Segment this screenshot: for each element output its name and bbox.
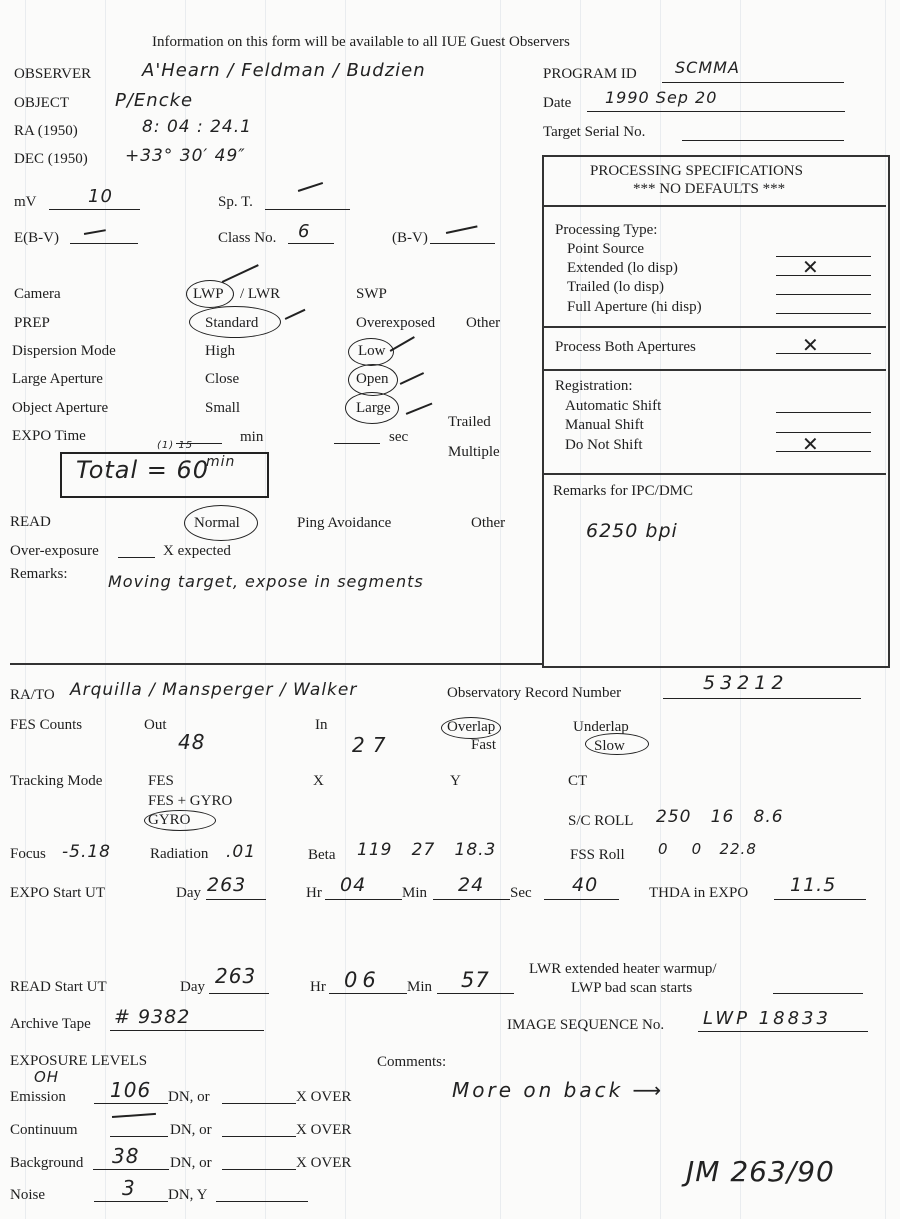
processing-type-label: Processing Type: — [555, 221, 657, 239]
emission-dn-value[interactable]: 106 — [110, 1078, 151, 1102]
date-underline — [587, 111, 845, 112]
sec-label: sec — [389, 428, 408, 446]
observer-value[interactable]: A'Hearn / Feldman / Budzien — [142, 60, 426, 81]
continuum-over-field[interactable] — [222, 1136, 296, 1137]
registration-do-not-shift: Do Not Shift — [565, 436, 643, 454]
program-id-value[interactable]: SCMMA — [675, 58, 740, 77]
dispersion-selected-circle — [348, 338, 394, 366]
bv-label: (B-V) — [392, 229, 428, 247]
comments-value[interactable]: More on back ⟶ — [452, 1078, 664, 1102]
program-id-underline — [662, 82, 844, 83]
total-time-unit: min — [206, 454, 235, 470]
registration-automatic: Automatic Shift — [565, 397, 661, 415]
read-min-value[interactable]: 57 — [461, 968, 490, 992]
bv-underline — [430, 243, 495, 244]
remarks-ipc-value[interactable]: 6250 bpi — [586, 520, 678, 542]
slow-selected-circle — [585, 733, 649, 755]
large-aperture-label: Large Aperture — [12, 370, 103, 388]
point-source-checkbox[interactable] — [776, 256, 871, 257]
tracking-selected-circle — [144, 810, 216, 831]
thda-label: THDA in EXPO — [649, 884, 748, 902]
expo-hr-value[interactable]: 04 — [340, 874, 366, 896]
extended-check-mark: ✕ — [802, 257, 819, 277]
total-annotation: (1) 15 — [157, 440, 193, 451]
read-hr-label: Hr — [310, 978, 326, 996]
ct-label: CT — [568, 772, 587, 790]
mv-underline — [49, 209, 140, 210]
trailed-label: Trailed — [448, 413, 491, 431]
expo-sec-field[interactable] — [334, 443, 380, 444]
tracking-option-fes[interactable]: FES — [148, 772, 174, 790]
paper-gridline — [345, 0, 346, 1219]
fes-in-value[interactable]: 27 — [352, 733, 393, 757]
expo-time-label: EXPO Time — [12, 427, 86, 445]
background-dn-underline — [93, 1169, 169, 1170]
target-serial-field[interactable] — [682, 140, 844, 141]
emission-over-field[interactable] — [222, 1103, 296, 1104]
lwp-bad-scan-label: LWP bad scan starts — [571, 979, 692, 997]
processing-subtitle: *** NO DEFAULTS *** — [633, 180, 785, 198]
object-aperture-option-small[interactable]: Small — [205, 399, 240, 417]
background-dn-value[interactable]: 38 — [112, 1144, 139, 1168]
focus-value[interactable]: -5.18 — [62, 842, 111, 862]
check-tick — [222, 264, 259, 282]
read-day-value[interactable]: 263 — [215, 964, 256, 988]
continuum-suffix-2: X OVER — [296, 1121, 351, 1139]
continuum-label: Continuum — [10, 1121, 78, 1139]
observer-label: OBSERVER — [14, 65, 91, 83]
expo-sec-label: Sec — [510, 884, 532, 902]
ebv-label: E(B-V) — [14, 229, 59, 247]
prep-option-other[interactable]: Other — [466, 314, 500, 332]
x-label: X — [313, 772, 324, 790]
overexposure-label: Over-exposure — [10, 542, 99, 560]
background-over-field[interactable] — [222, 1169, 296, 1170]
beta-value[interactable]: 119 27 18.3 — [357, 840, 496, 860]
ra-value[interactable]: 8: 04 : 24.1 — [142, 117, 252, 137]
record-number-label: Observatory Record Number — [447, 684, 621, 702]
fss-roll-value[interactable]: 0 0 22.8 — [658, 840, 757, 858]
registration-label: Registration: — [555, 377, 633, 395]
paper-gridline — [500, 0, 501, 1219]
archive-tape-value[interactable]: # 9382 — [114, 1006, 190, 1028]
class-value[interactable]: 6 — [298, 221, 310, 242]
noise-suffix: DN, Y — [168, 1186, 207, 1204]
expo-day-label: Day — [176, 884, 201, 902]
spt-label: Sp. T. — [218, 193, 253, 211]
comments-label: Comments: — [377, 1053, 446, 1071]
divider — [544, 205, 886, 207]
remarks-label: Remarks: — [10, 565, 68, 583]
do-not-shift-checkbox[interactable] — [776, 451, 871, 452]
program-id-label: PROGRAM ID — [543, 65, 637, 83]
expo-hr-underline — [325, 899, 402, 900]
mv-label: mV — [14, 193, 37, 211]
trailed-checkbox[interactable] — [776, 294, 871, 295]
continuum-dash-mark — [112, 1113, 156, 1118]
emission-dn-underline — [94, 1103, 168, 1104]
y-label: Y — [450, 772, 461, 790]
dec-label: DEC (1950) — [14, 150, 88, 168]
mv-value[interactable]: 10 — [88, 186, 113, 207]
emission-note: OH — [34, 1068, 59, 1086]
archive-tape-label: Archive Tape — [10, 1015, 91, 1033]
expo-min-underline — [433, 899, 510, 900]
archive-tape-underline — [110, 1030, 264, 1031]
process-both-apertures-label: Process Both Apertures — [555, 338, 696, 356]
continuum-dn-underline[interactable] — [110, 1136, 168, 1137]
camera-option-lwr[interactable]: / LWR — [240, 285, 280, 303]
both-apertures-checkbox[interactable] — [776, 353, 871, 354]
large-aperture-option-close[interactable]: Close — [205, 370, 239, 388]
check-tick — [285, 309, 306, 320]
lwr-heater-label: LWR extended heater warmup/ — [529, 960, 717, 978]
ebv-dash-mark — [84, 229, 106, 234]
full-aperture-checkbox[interactable] — [776, 313, 871, 314]
date-label: Date — [543, 94, 571, 112]
fes-out-value[interactable]: 48 — [178, 730, 205, 754]
ebv-underline — [70, 243, 138, 244]
processing-title: PROCESSING SPECIFICATIONS — [590, 162, 803, 180]
dispersion-option-high[interactable]: High — [205, 342, 235, 360]
record-number-underline — [663, 698, 861, 699]
sc-roll-label: S/C ROLL — [568, 812, 633, 830]
read-hr-underline — [329, 993, 407, 994]
both-apertures-check-mark: ✕ — [802, 335, 819, 355]
radiation-value[interactable]: .01 — [226, 842, 256, 862]
emission-suffix-2: X OVER — [296, 1088, 351, 1106]
remarks-ipc-label: Remarks for IPC/DMC — [553, 482, 693, 500]
expo-start-label: EXPO Start UT — [10, 884, 105, 902]
object-aperture-selected-circle — [345, 392, 399, 424]
total-time-value[interactable]: Total = 60 — [76, 456, 209, 484]
read-day-underline — [209, 993, 269, 994]
read-day-label: Day — [180, 978, 205, 996]
prep-selected-circle — [189, 306, 281, 338]
check-tick — [406, 403, 433, 415]
read-selected-circle — [184, 505, 258, 541]
paper-gridline — [265, 0, 266, 1219]
processing-type-point-source: Point Source — [567, 240, 644, 258]
expo-sec-underline — [544, 899, 619, 900]
camera-selected-circle — [186, 280, 234, 308]
spt-underline — [265, 209, 350, 210]
processing-type-full-aperture: Full Aperture (hi disp) — [567, 298, 702, 316]
remarks-value[interactable]: Moving target, expose in segments — [108, 572, 424, 591]
read-start-label: READ Start UT — [10, 978, 107, 996]
radiation-label: Radiation — [150, 845, 208, 863]
class-label: Class No. — [218, 229, 276, 247]
multiple-label: Multiple — [448, 443, 500, 461]
manual-shift-checkbox[interactable] — [776, 432, 871, 433]
image-sequence-value[interactable]: LWP 18833 — [703, 1008, 831, 1029]
read-min-underline — [437, 993, 514, 994]
bv-dash-mark — [446, 225, 478, 233]
expo-day-value[interactable]: 263 — [207, 874, 246, 896]
beta-label: Beta — [308, 846, 336, 864]
continuum-suffix-1: DN, or — [170, 1121, 212, 1139]
object-aperture-label: Object Aperture — [12, 399, 108, 417]
form-notice: Information on this form will be availab… — [152, 33, 570, 51]
focus-label: Focus — [10, 845, 46, 863]
divider — [544, 369, 886, 371]
background-label: Background — [10, 1154, 83, 1172]
sc-roll-value[interactable]: 250 16 8.6 — [656, 807, 784, 827]
spt-dash-mark — [298, 182, 323, 191]
expo-min-label: Min — [402, 884, 427, 902]
emission-label: Emission — [10, 1088, 66, 1106]
class-underline — [288, 243, 334, 244]
overexposure-field[interactable] — [118, 557, 155, 558]
signature: JM 263/90 — [686, 1155, 835, 1188]
automatic-shift-checkbox[interactable] — [776, 412, 871, 413]
processing-type-trailed: Trailed (lo disp) — [567, 278, 664, 296]
thda-value[interactable]: 11.5 — [790, 874, 836, 896]
paper-gridline — [185, 0, 186, 1219]
processing-type-extended: Extended (lo disp) — [567, 259, 678, 277]
rato-value[interactable]: Arquilla / Mansperger / Walker — [70, 680, 357, 700]
dispersion-label: Dispersion Mode — [12, 342, 116, 360]
ra-label: RA (1950) — [14, 122, 78, 140]
registration-manual: Manual Shift — [565, 416, 644, 434]
expo-hr-label: Hr — [306, 884, 322, 902]
min-label: min — [240, 428, 263, 446]
fes-out-label: Out — [144, 716, 167, 734]
object-label: OBJECT — [14, 94, 69, 112]
emission-suffix-1: DN, or — [168, 1088, 210, 1106]
read-label: READ — [10, 513, 51, 531]
date-value[interactable]: 1990 Sep 20 — [605, 88, 717, 107]
check-tick — [400, 372, 424, 384]
read-hr-value[interactable]: 06 — [344, 968, 381, 992]
noise-dn-value[interactable]: 3 — [122, 1176, 136, 1200]
expo-min-value[interactable]: 24 — [458, 874, 484, 896]
expo-day-underline — [206, 899, 266, 900]
overexposure-suffix: X expected — [163, 542, 231, 560]
noise-y-field[interactable] — [216, 1201, 308, 1202]
divider — [544, 326, 886, 328]
extended-checkbox[interactable] — [776, 275, 871, 276]
section-divider — [10, 663, 544, 665]
read-option-ping-avoidance[interactable]: Ping Avoidance — [297, 514, 391, 532]
background-suffix-2: X OVER — [296, 1154, 351, 1172]
prep-option-overexposed[interactable]: Overexposed — [356, 314, 435, 332]
tracking-mode-label: Tracking Mode — [10, 772, 102, 790]
tracking-option-fes-gyro[interactable]: FES + GYRO — [148, 792, 232, 810]
noise-label: Noise — [10, 1186, 45, 1204]
image-sequence-underline — [698, 1031, 868, 1032]
record-number-value[interactable]: 53212 — [703, 672, 788, 694]
fes-counts-label: FES Counts — [10, 716, 82, 734]
expo-sec-value[interactable]: 40 — [572, 874, 598, 896]
paper-gridline — [105, 0, 106, 1219]
dec-value[interactable]: +33° 30′ 49″ — [125, 146, 246, 166]
fast-option[interactable]: Fast — [471, 736, 496, 754]
fes-in-label: In — [315, 716, 328, 734]
image-sequence-label: IMAGE SEQUENCE No. — [507, 1016, 664, 1034]
lwr-heater-field[interactable] — [773, 993, 863, 994]
target-serial-label: Target Serial No. — [543, 123, 645, 141]
camera-option-swp[interactable]: SWP — [356, 285, 387, 303]
read-min-label-text: Min — [407, 978, 432, 996]
camera-label: Camera — [14, 285, 61, 303]
read-option-other[interactable]: Other — [471, 514, 505, 532]
exposure-levels-title: EXPOSURE LEVELS — [10, 1052, 147, 1070]
divider — [544, 473, 886, 475]
object-value[interactable]: P/Encke — [115, 90, 193, 111]
fss-roll-label: FSS Roll — [570, 846, 625, 864]
check-tick — [390, 336, 415, 351]
noise-dn-underline — [94, 1201, 168, 1202]
paper-gridline — [25, 0, 26, 1219]
background-suffix-1: DN, or — [170, 1154, 212, 1172]
prep-label: PREP — [14, 314, 50, 332]
thda-underline — [774, 899, 866, 900]
rato-label: RA/TO — [10, 686, 55, 704]
